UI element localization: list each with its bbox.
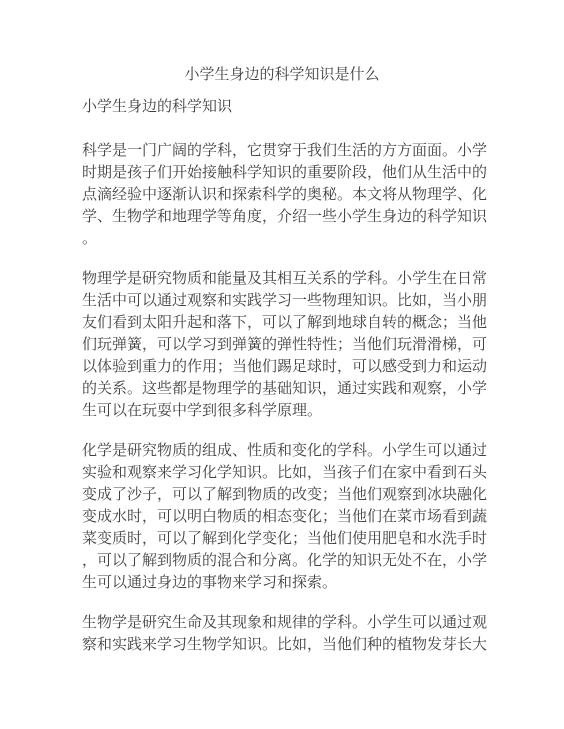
paragraph-physics: 物理学是研究物质和能量及其相互关系的学科。小学生在日常 生活中可以通过观察和实践… — [82, 268, 524, 422]
paragraph-chemistry: 化学是研究物质的组成、性质和变化的学科。小学生可以通过 实验和观察来学习化学知识… — [82, 440, 524, 594]
document-subtitle: 小学生身边的科学知识 — [82, 96, 524, 118]
paragraph-intro: 科学是一门广阔的学科，它贯穿于我们生活的方方面面。小学 时期是孩子们开始接触科学… — [82, 140, 524, 250]
document-page: 小学生身边的科学知识是什么 小学生身边的科学知识 科学是一门广阔的学科，它贯穿于… — [0, 0, 564, 729]
document-title: 小学生身边的科学知识是什么 — [0, 0, 564, 86]
paragraph-biology: 生物学是研究生命及其现象和规律的学科。小学生可以通过观 察和实践来学习生物学知识… — [82, 612, 524, 656]
